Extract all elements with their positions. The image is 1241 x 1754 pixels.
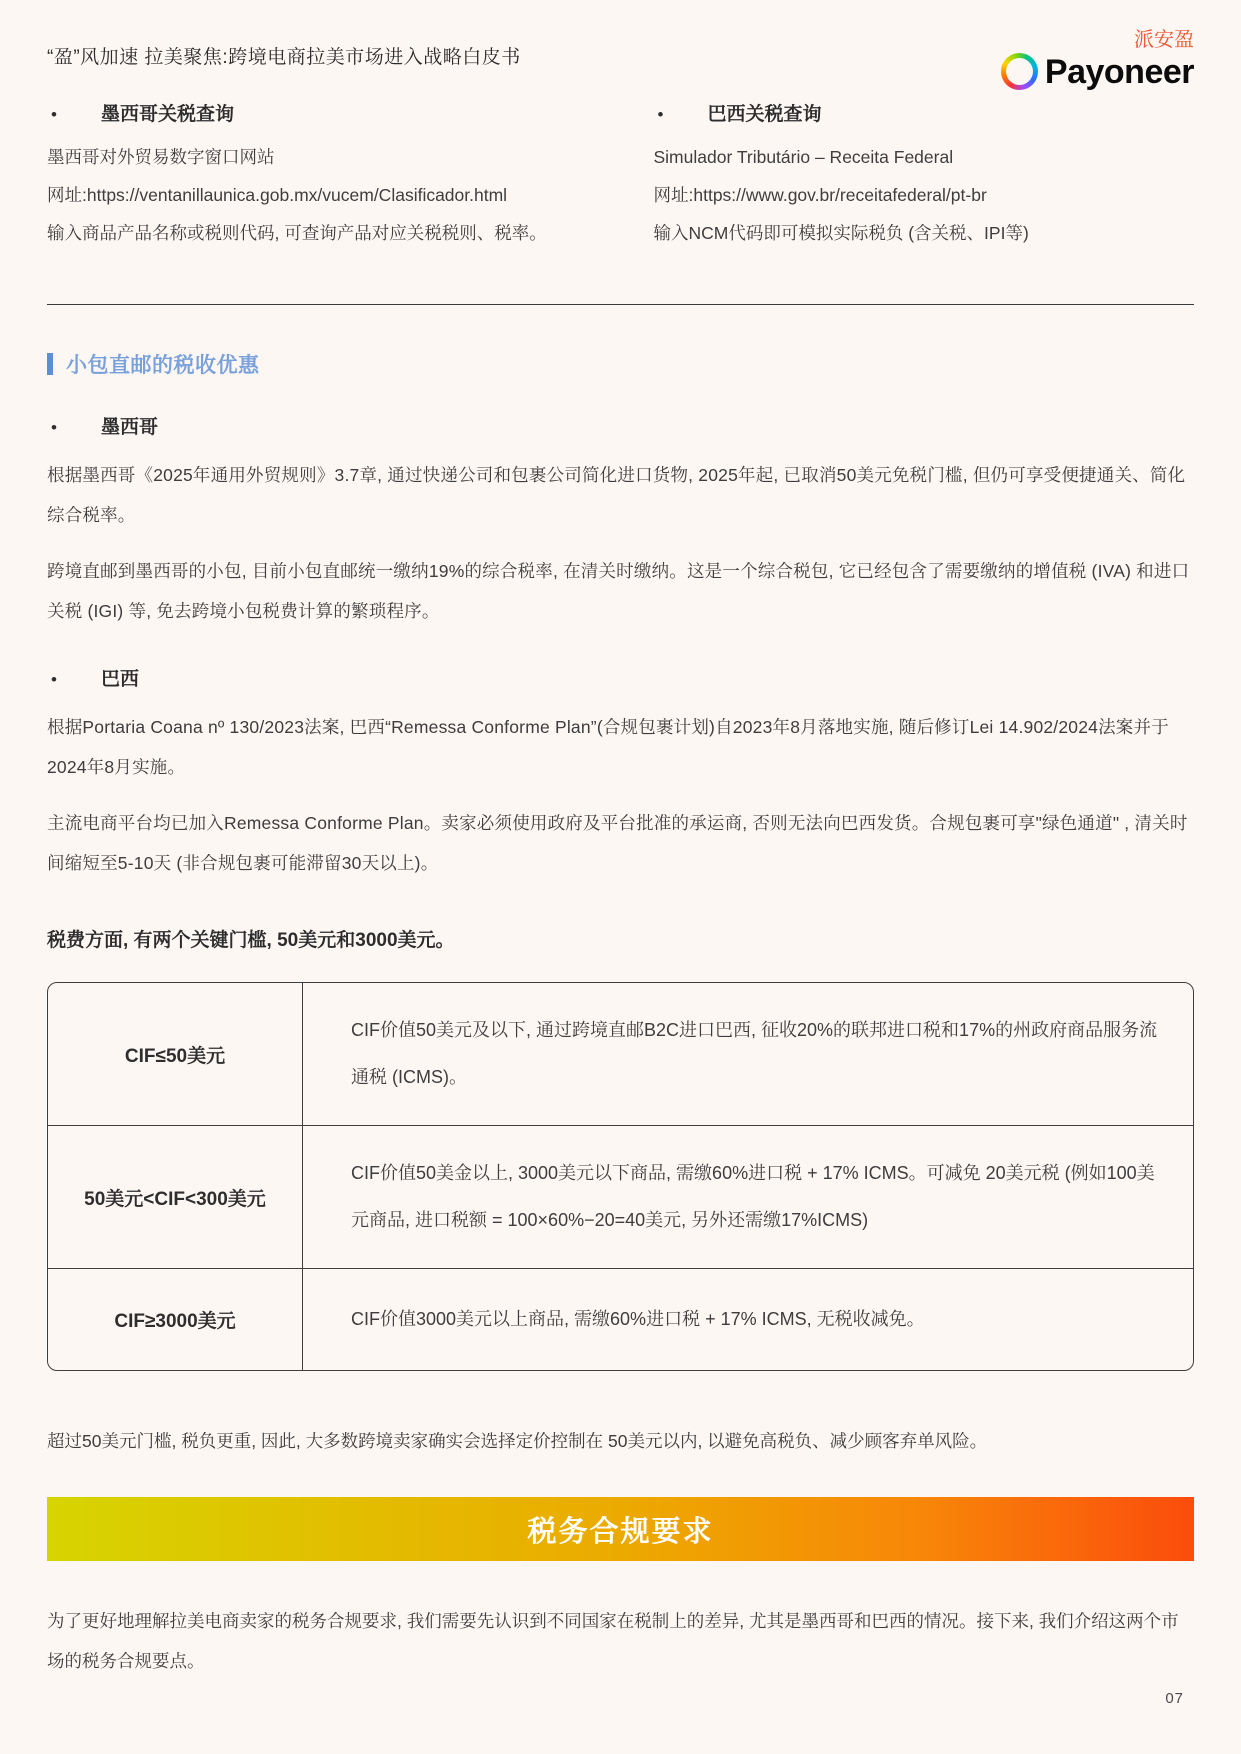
cif-tier-label: CIF≤50美元 <box>48 983 303 1125</box>
brazil-heading-label: 巴西 <box>101 665 139 695</box>
tariff-lookup-section: • 墨西哥关税查询 墨西哥对外贸易数字窗口网站 网址:https://venta… <box>47 100 1194 252</box>
brazil-paragraph-2: 主流电商平台均已加入Remessa Conforme Plan。卖家必须使用政府… <box>47 803 1194 883</box>
bullet-icon: • <box>47 670 61 690</box>
bullet-icon: • <box>47 105 61 125</box>
bullet-icon: • <box>654 105 668 125</box>
brand-wordmark: Payoneer <box>1045 55 1194 89</box>
mexico-lookup-title: 墨西哥关税查询 <box>101 100 234 130</box>
brazil-lookup-url: 网址:https://www.gov.br/receitafederal/pt-… <box>654 176 1195 214</box>
table-row: CIF≥3000美元 CIF价值3000美元以上商品, 需缴60%进口税 + 1… <box>48 1268 1193 1370</box>
tax-compliance-banner: 税务合规要求 <box>47 1497 1194 1561</box>
mexico-tariff-lookup: • 墨西哥关税查询 墨西哥对外贸易数字窗口网站 网址:https://venta… <box>47 100 588 252</box>
accent-bar-icon <box>47 353 53 375</box>
cif-tier-label: 50美元<CIF<300美元 <box>48 1126 303 1268</box>
cif-tier-description: CIF价值50美金以上, 3000美元以下商品, 需缴60%进口税 + 17% … <box>303 1126 1193 1268</box>
section-title: 小包直邮的税收优惠 <box>66 349 260 379</box>
mexico-heading: • 墨西哥 <box>47 413 1194 443</box>
mexico-paragraph-1: 根据墨西哥《2025年通用外贸规则》3.7章, 通过快递公司和包裹公司简化进口货… <box>47 455 1194 535</box>
payoneer-ring-icon <box>1001 53 1038 90</box>
brazil-lookup-title: 巴西关税查询 <box>708 100 822 130</box>
banner-title: 税务合规要求 <box>527 1509 713 1550</box>
bullet-icon: • <box>47 418 61 438</box>
section-divider <box>47 304 1194 305</box>
closing-paragraph: 为了更好地理解拉美电商卖家的税务合规要求, 我们需要先认识到不同国家在税制上的差… <box>47 1601 1194 1681</box>
mexico-lookup-note: 输入商品产品名称或税则代码, 可查询产品对应关税税则、税率。 <box>47 214 588 252</box>
payoneer-logo: 派安盈 Payoneer <box>1001 30 1194 90</box>
mexico-lookup-heading: • 墨西哥关税查询 <box>47 100 588 130</box>
brazil-lookup-note: 输入NCM代码即可模拟实际税负 (含关税、IPI等) <box>654 214 1195 252</box>
mexico-paragraph-2: 跨境直邮到墨西哥的小包, 目前小包直邮统一缴纳19%的综合税率, 在清关时缴纳。… <box>47 551 1194 631</box>
document-title: “盈”风加速 拉美聚焦:跨境电商拉美市场进入战略白皮书 <box>47 30 521 69</box>
conclusion-paragraph: 超过50美元门槛, 税负更重, 因此, 大多数跨境卖家确实会选择定价控制在 50… <box>47 1421 1194 1461</box>
brazil-lookup-site: Simulador Tributário – Receita Federal <box>654 138 1195 176</box>
section-heading: 小包直邮的税收优惠 <box>47 349 1194 379</box>
threshold-note: 税费方面, 有两个关键门槛, 50美元和3000美元。 <box>47 925 1194 952</box>
mexico-heading-label: 墨西哥 <box>101 413 158 443</box>
brand-chinese-name: 派安盈 <box>1134 30 1194 50</box>
cif-tier-label: CIF≥3000美元 <box>48 1269 303 1370</box>
mexico-lookup-site: 墨西哥对外贸易数字窗口网站 <box>47 138 588 176</box>
brazil-tariff-lookup: • 巴西关税查询 Simulador Tributário – Receita … <box>654 100 1195 252</box>
table-row: 50美元<CIF<300美元 CIF价值50美金以上, 3000美元以下商品, … <box>48 1125 1193 1268</box>
page-header: “盈”风加速 拉美聚焦:跨境电商拉美市场进入战略白皮书 派安盈 Payoneer <box>47 0 1194 100</box>
mexico-lookup-url: 网址:https://ventanillaunica.gob.mx/vucem/… <box>47 176 588 214</box>
cif-tier-description: CIF价值50美元及以下, 通过跨境直邮B2C进口巴西, 征收20%的联邦进口税… <box>303 983 1193 1125</box>
brazil-lookup-heading: • 巴西关税查询 <box>654 100 1195 130</box>
whitepaper-page: “盈”风加速 拉美聚焦:跨境电商拉美市场进入战略白皮书 派安盈 Payoneer… <box>0 0 1241 1754</box>
brazil-paragraph-1: 根据Portaria Coana nº 130/2023法案, 巴西“Remes… <box>47 707 1194 787</box>
table-row: CIF≤50美元 CIF价值50美元及以下, 通过跨境直邮B2C进口巴西, 征收… <box>48 983 1193 1125</box>
brazil-heading: • 巴西 <box>47 665 1194 695</box>
brand-logo-row: Payoneer <box>1001 53 1194 90</box>
page-number: 07 <box>1165 1690 1184 1707</box>
cif-tax-table: CIF≤50美元 CIF价值50美元及以下, 通过跨境直邮B2C进口巴西, 征收… <box>47 982 1194 1371</box>
cif-tier-description: CIF价值3000美元以上商品, 需缴60%进口税 + 17% ICMS, 无税… <box>303 1269 1193 1370</box>
